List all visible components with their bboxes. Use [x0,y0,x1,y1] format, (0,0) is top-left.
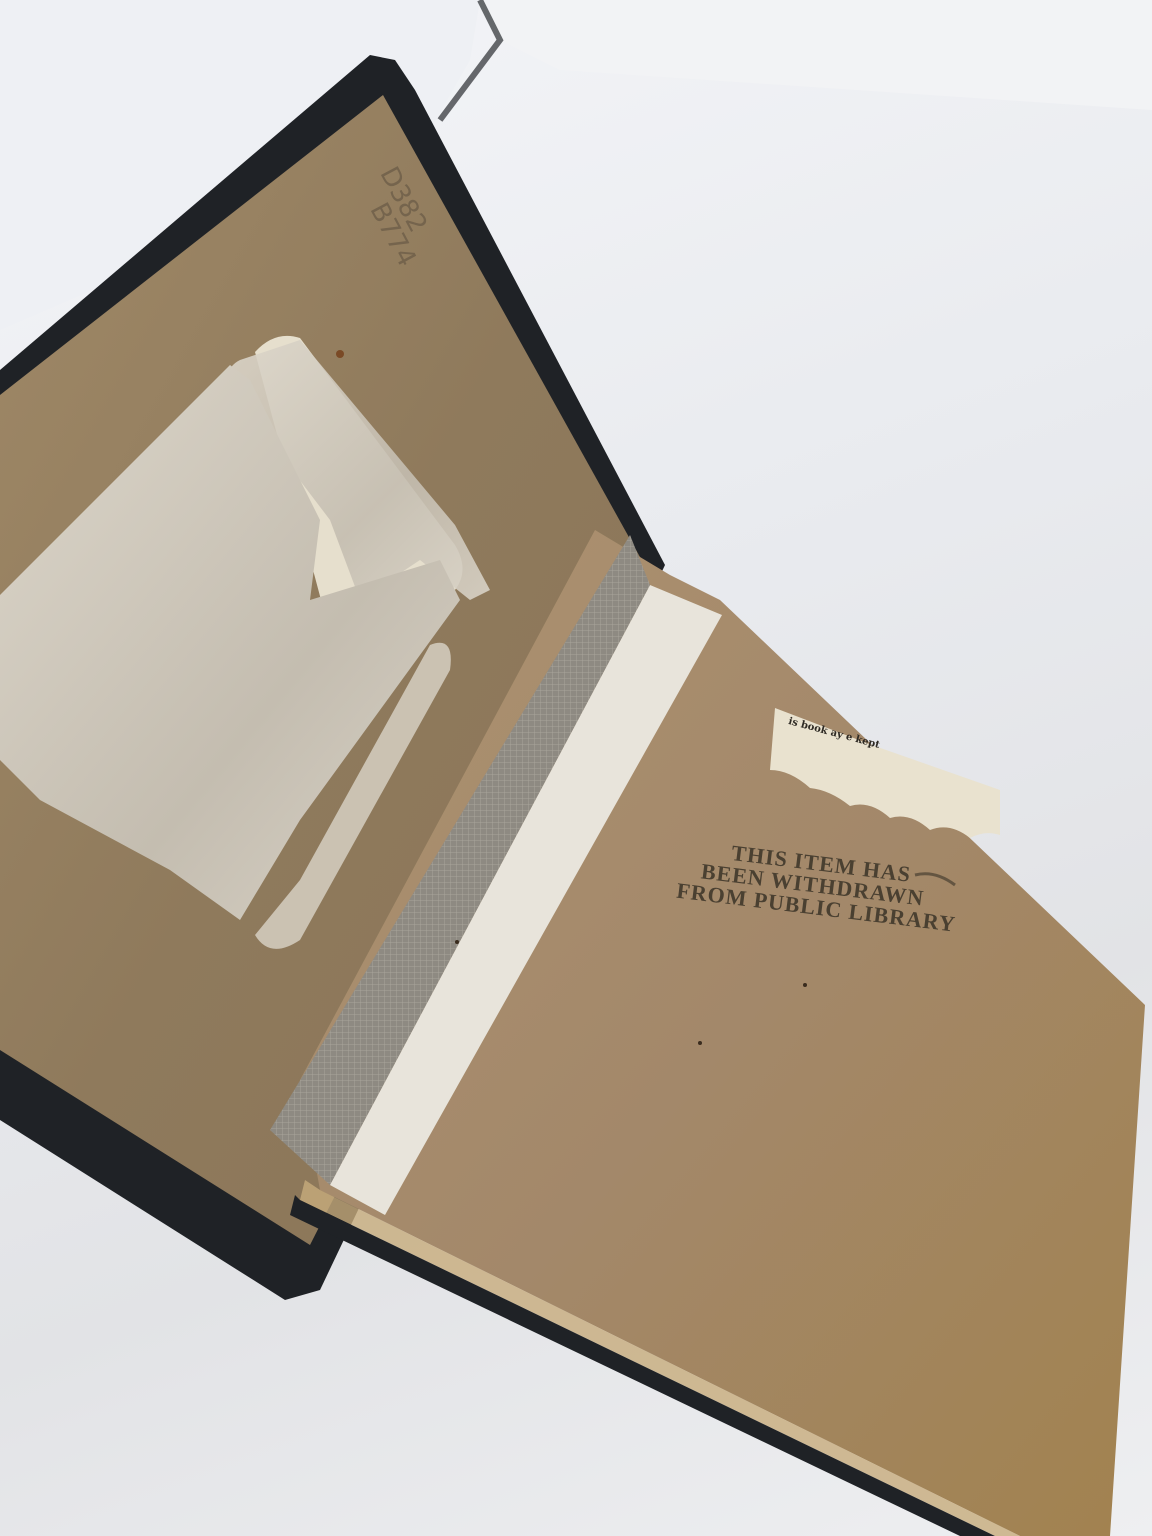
book-photo [0,0,1152,1536]
staple-rust [336,350,344,358]
